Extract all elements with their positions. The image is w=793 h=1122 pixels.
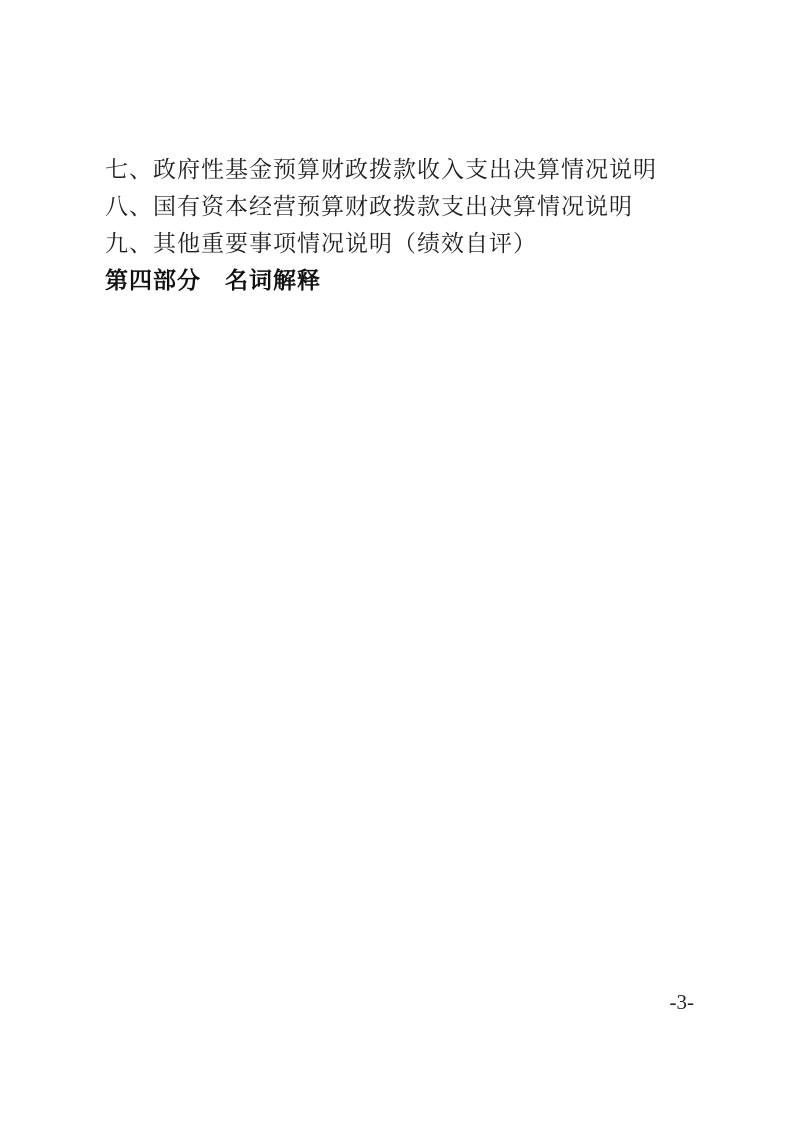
toc-list: 七、政府性基金预算财政拨款收入支出决算情况说明 八、国有资本经营预算财政拨款支出… — [105, 151, 705, 299]
toc-item-9: 九、其他重要事项情况说明（绩效自评） — [105, 225, 705, 262]
toc-item-7: 七、政府性基金预算财政拨款收入支出决算情况说明 — [105, 151, 705, 188]
toc-item-8: 八、国有资本经营预算财政拨款支出决算情况说明 — [105, 188, 705, 225]
page-number: -3- — [670, 990, 695, 1014]
document-page: 七、政府性基金预算财政拨款收入支出决算情况说明 八、国有资本经营预算财政拨款支出… — [0, 0, 793, 1122]
section-heading-part-4: 第四部分 名词解释 — [105, 262, 705, 299]
